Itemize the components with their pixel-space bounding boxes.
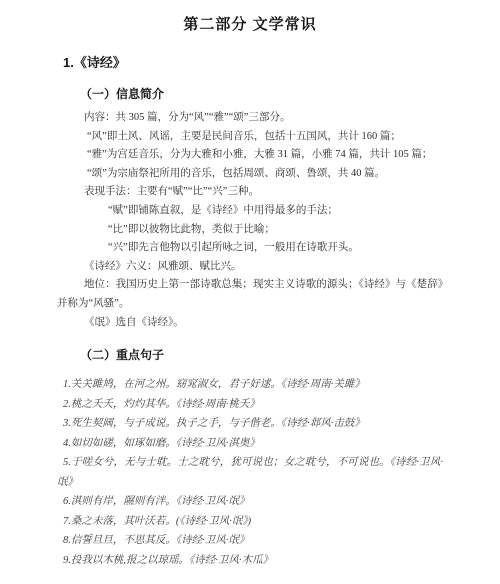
key-sentence-8: 8.信誓旦旦，不思其反。《诗经·卫风·氓》 (57, 531, 443, 551)
document-title: 第二部分 文学常识 (57, 13, 443, 34)
key-sentence-4: 4.如切如磋，如琢如磨。《诗经·卫风·淇奥》 (57, 434, 443, 454)
info-line-song: “颂”为宗庙祭祀所用的音乐，包括周颂、商颂、鲁颂，共 40 篇。 (57, 165, 443, 184)
section-heading-shijing: 1.《诗经》 (63, 52, 443, 71)
info-line-ya: “雅”为宫廷音乐，分为大雅和小雅，大雅 31 篇，小雅 74 篇，共计 105 … (57, 146, 443, 165)
info-section: 内容：共 305 篇，分为“风”“雅”“颂”三部分。 “风”即土风、风谣，主要是… (57, 109, 443, 332)
key-sentence-7: 7.桑之未落，其叶沃若。(《诗经·卫风·氓》) (57, 512, 443, 532)
key-sentence-3: 3.死生契阔，与子成说。执子之手，与子偕老。《诗经·邶风·击鼓》 (57, 414, 443, 434)
key-sentence-1: 1.关关雎鸠，在河之州。窈窕淑女，君子好逑。《诗经·周南·关雎》 (57, 375, 443, 395)
key-sentence-9: 9.投我以木桃,报之以琼瑶。《诗经·卫风·木瓜》 (57, 551, 443, 571)
info-line-techniques: 表现手法：主要有“赋”“比”“兴”三种。 (57, 183, 443, 202)
info-line-bi: “比”即以彼物比此物，类似于比喻； (57, 221, 443, 240)
info-line-fu: “赋”即铺陈直叙，是《诗经》中用得最多的手法； (57, 202, 443, 221)
key-sentence-5: 5.于嗟女兮，无与士耽。士之耽兮，犹可说也；女之耽兮，不可说也。《诗经·卫风·氓… (57, 453, 443, 492)
key-sentence-2: 2.桃之夭夭，灼灼其华。《诗经·周南·桃夭》 (57, 395, 443, 415)
info-line-meng: 《氓》选自《诗经》。 (57, 314, 443, 333)
info-line-feng: “风”即土风、风谣，主要是民间音乐，包括十五国风，共计 160 篇； (57, 128, 443, 147)
info-line-content: 内容：共 305 篇，分为“风”“雅”“颂”三部分。 (57, 109, 443, 128)
document-page: 第二部分 文学常识 1.《诗经》 （一）信息简介 内容：共 305 篇，分为“风… (0, 0, 500, 584)
key-sentence-6: 6.淇则有岸，隰则有泮。《诗经·卫风·氓》 (57, 492, 443, 512)
subsection-heading-sentences: （二）重点句子 (80, 346, 443, 363)
subsection-heading-info: （一）信息简介 (80, 85, 443, 102)
info-line-status: 地位：我国历史上第一部诗歌总集；现实主义诗歌的源头；《诗经》与《楚辞》并称为“风… (57, 276, 443, 313)
key-sentences-section: 1.关关雎鸠，在河之州。窈窕淑女，君子好逑。《诗经·周南·关雎》 2.桃之夭夭，… (57, 375, 443, 570)
info-line-xing: “兴”即先言他物以引起所咏之词，一般用在诗歌开头。 (57, 239, 443, 258)
info-line-liuyi: 《诗经》六义：风雅颂、赋比兴。 (57, 258, 443, 277)
